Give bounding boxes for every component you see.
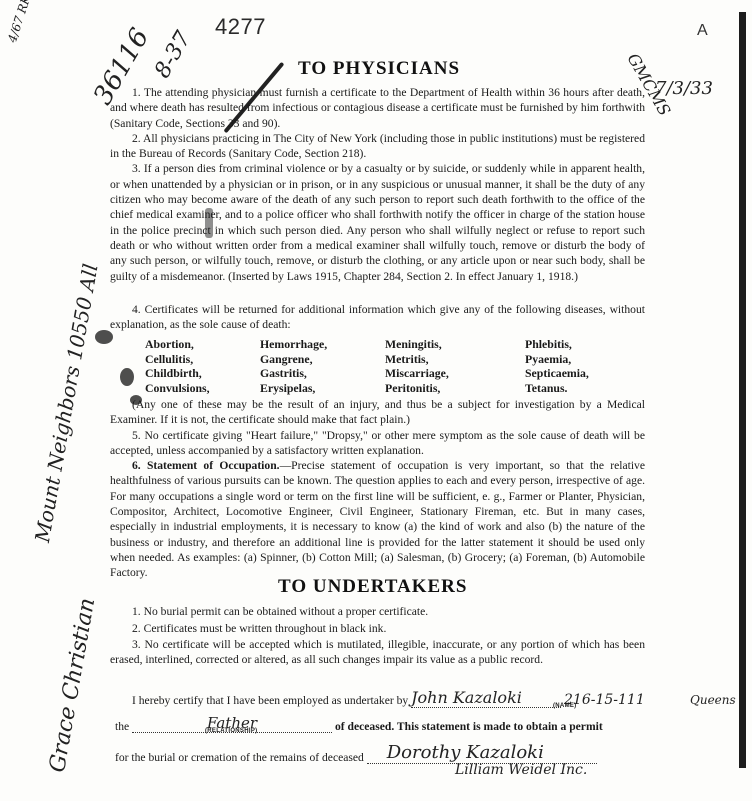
stamp-number: 4277 <box>215 14 266 40</box>
ink-smudge <box>120 368 134 386</box>
heading-to-physicians: TO PHYSICIANS <box>298 58 460 80</box>
deceased-prefix: for the burial or cremation of the remai… <box>115 751 364 764</box>
heading-to-undertakers: TO UNDERTAKERS <box>278 576 467 598</box>
handwritten-left-margin-name: Grace Christian <box>45 596 100 774</box>
disease-item: Tetanus. <box>525 381 625 396</box>
occupation-body: —Precise statement of occupation is very… <box>110 459 645 579</box>
relationship-prefix: the <box>115 720 129 733</box>
disease-item: Peritonitis, <box>385 381 525 396</box>
disease-item: Septicaemia, <box>525 366 625 381</box>
certify-prefix: I hereby certify that I have been employ… <box>132 694 408 707</box>
undertakers-item-1: 1. No burial permit can be obtained with… <box>110 603 645 620</box>
death-certificate-back-page: 4277 A 4/67 RK/3/21 X Kn R.Pe 36116 8-37… <box>0 0 752 801</box>
physicians-para-1: 1. The attending physician must furnish … <box>110 85 645 131</box>
disease-item: Miscarriage, <box>385 366 525 381</box>
undertakers-item-2: 2. Certificates must be written througho… <box>110 620 645 637</box>
disease-item: Pyaemia, <box>525 352 625 367</box>
physicians-paragraphs-1-3: 1. The attending physician must furnish … <box>110 85 645 284</box>
disease-item: Childbirth, <box>145 366 260 381</box>
physicians-paragraph-4: 4. Certificates will be returned for add… <box>110 302 645 333</box>
disease-item: Erysipelas, <box>260 381 385 396</box>
employer-name-field[interactable]: John Kazaloki <box>411 688 561 708</box>
physicians-para-2: 2. All physicians practicing in The City… <box>110 131 645 162</box>
disease-item: Cellulitis, <box>145 352 260 367</box>
disease-item: Hemorrhage, <box>260 337 385 352</box>
relationship-caption: (RELATIONSHIP) <box>205 728 257 734</box>
deceased-line: for the burial or cremation of the remai… <box>115 742 597 764</box>
corner-letter: A <box>697 22 708 40</box>
employer-name-value: John Kazaloki <box>411 688 522 707</box>
disease-note: (Any one of these may be the result of a… <box>110 397 645 428</box>
physicians-paragraphs-after: (Any one of these may be the result of a… <box>110 397 645 581</box>
handwritten-top-date: 8-37 <box>150 27 196 82</box>
handwritten-top-right-date: 7/3/33 <box>655 78 713 99</box>
disease-item: Gastritis, <box>260 366 385 381</box>
name-caption: (NAME) <box>553 703 576 709</box>
disease-item: Meningitis, <box>385 337 525 352</box>
disease-list: Abortion,Hemorrhage,Meningitis,Phlebitis… <box>145 337 625 395</box>
handwritten-left-margin-note: Mount Neighbors 10550 All <box>30 262 103 544</box>
disease-item: Gangrene, <box>260 352 385 367</box>
relationship-suffix: of deceased. This statement is made to o… <box>335 720 603 733</box>
undertakers-item-3: 3. No certificate will be accepted which… <box>110 637 645 667</box>
undertakers-items: 1. No burial permit can be obtained with… <box>110 603 645 667</box>
scan-edge-bar <box>739 12 746 768</box>
deceased-name-value: Dorothy Kazaloki <box>367 742 544 763</box>
handwritten-top-left-scribble: 4/67 RK/3/21 X Kn R.Pe <box>5 0 46 44</box>
physicians-para-6: 6. Statement of Occupation.—Precise stat… <box>110 458 645 580</box>
disease-item: Abortion, <box>145 337 260 352</box>
undertaker-firm-signature: Lilliam Weidel Inc. <box>455 762 587 778</box>
relationship-line: the Father of deceased. This statement i… <box>115 714 603 733</box>
deceased-name-field[interactable]: Dorothy Kazaloki <box>367 742 597 764</box>
occupation-lead: 6. Statement of Occupation. <box>132 459 280 472</box>
physicians-para-5: 5. No certificate giving "Heart failure,… <box>110 428 645 459</box>
physicians-para-3: 3. If a person dies from criminal violen… <box>110 161 645 283</box>
physicians-para-4: 4. Certificates will be returned for add… <box>110 302 645 333</box>
disease-item: Convulsions, <box>145 381 260 396</box>
disease-item: Phlebitis, <box>525 337 625 352</box>
handwritten-borough: Queens <box>690 693 736 707</box>
disease-item: Metritis, <box>385 352 525 367</box>
